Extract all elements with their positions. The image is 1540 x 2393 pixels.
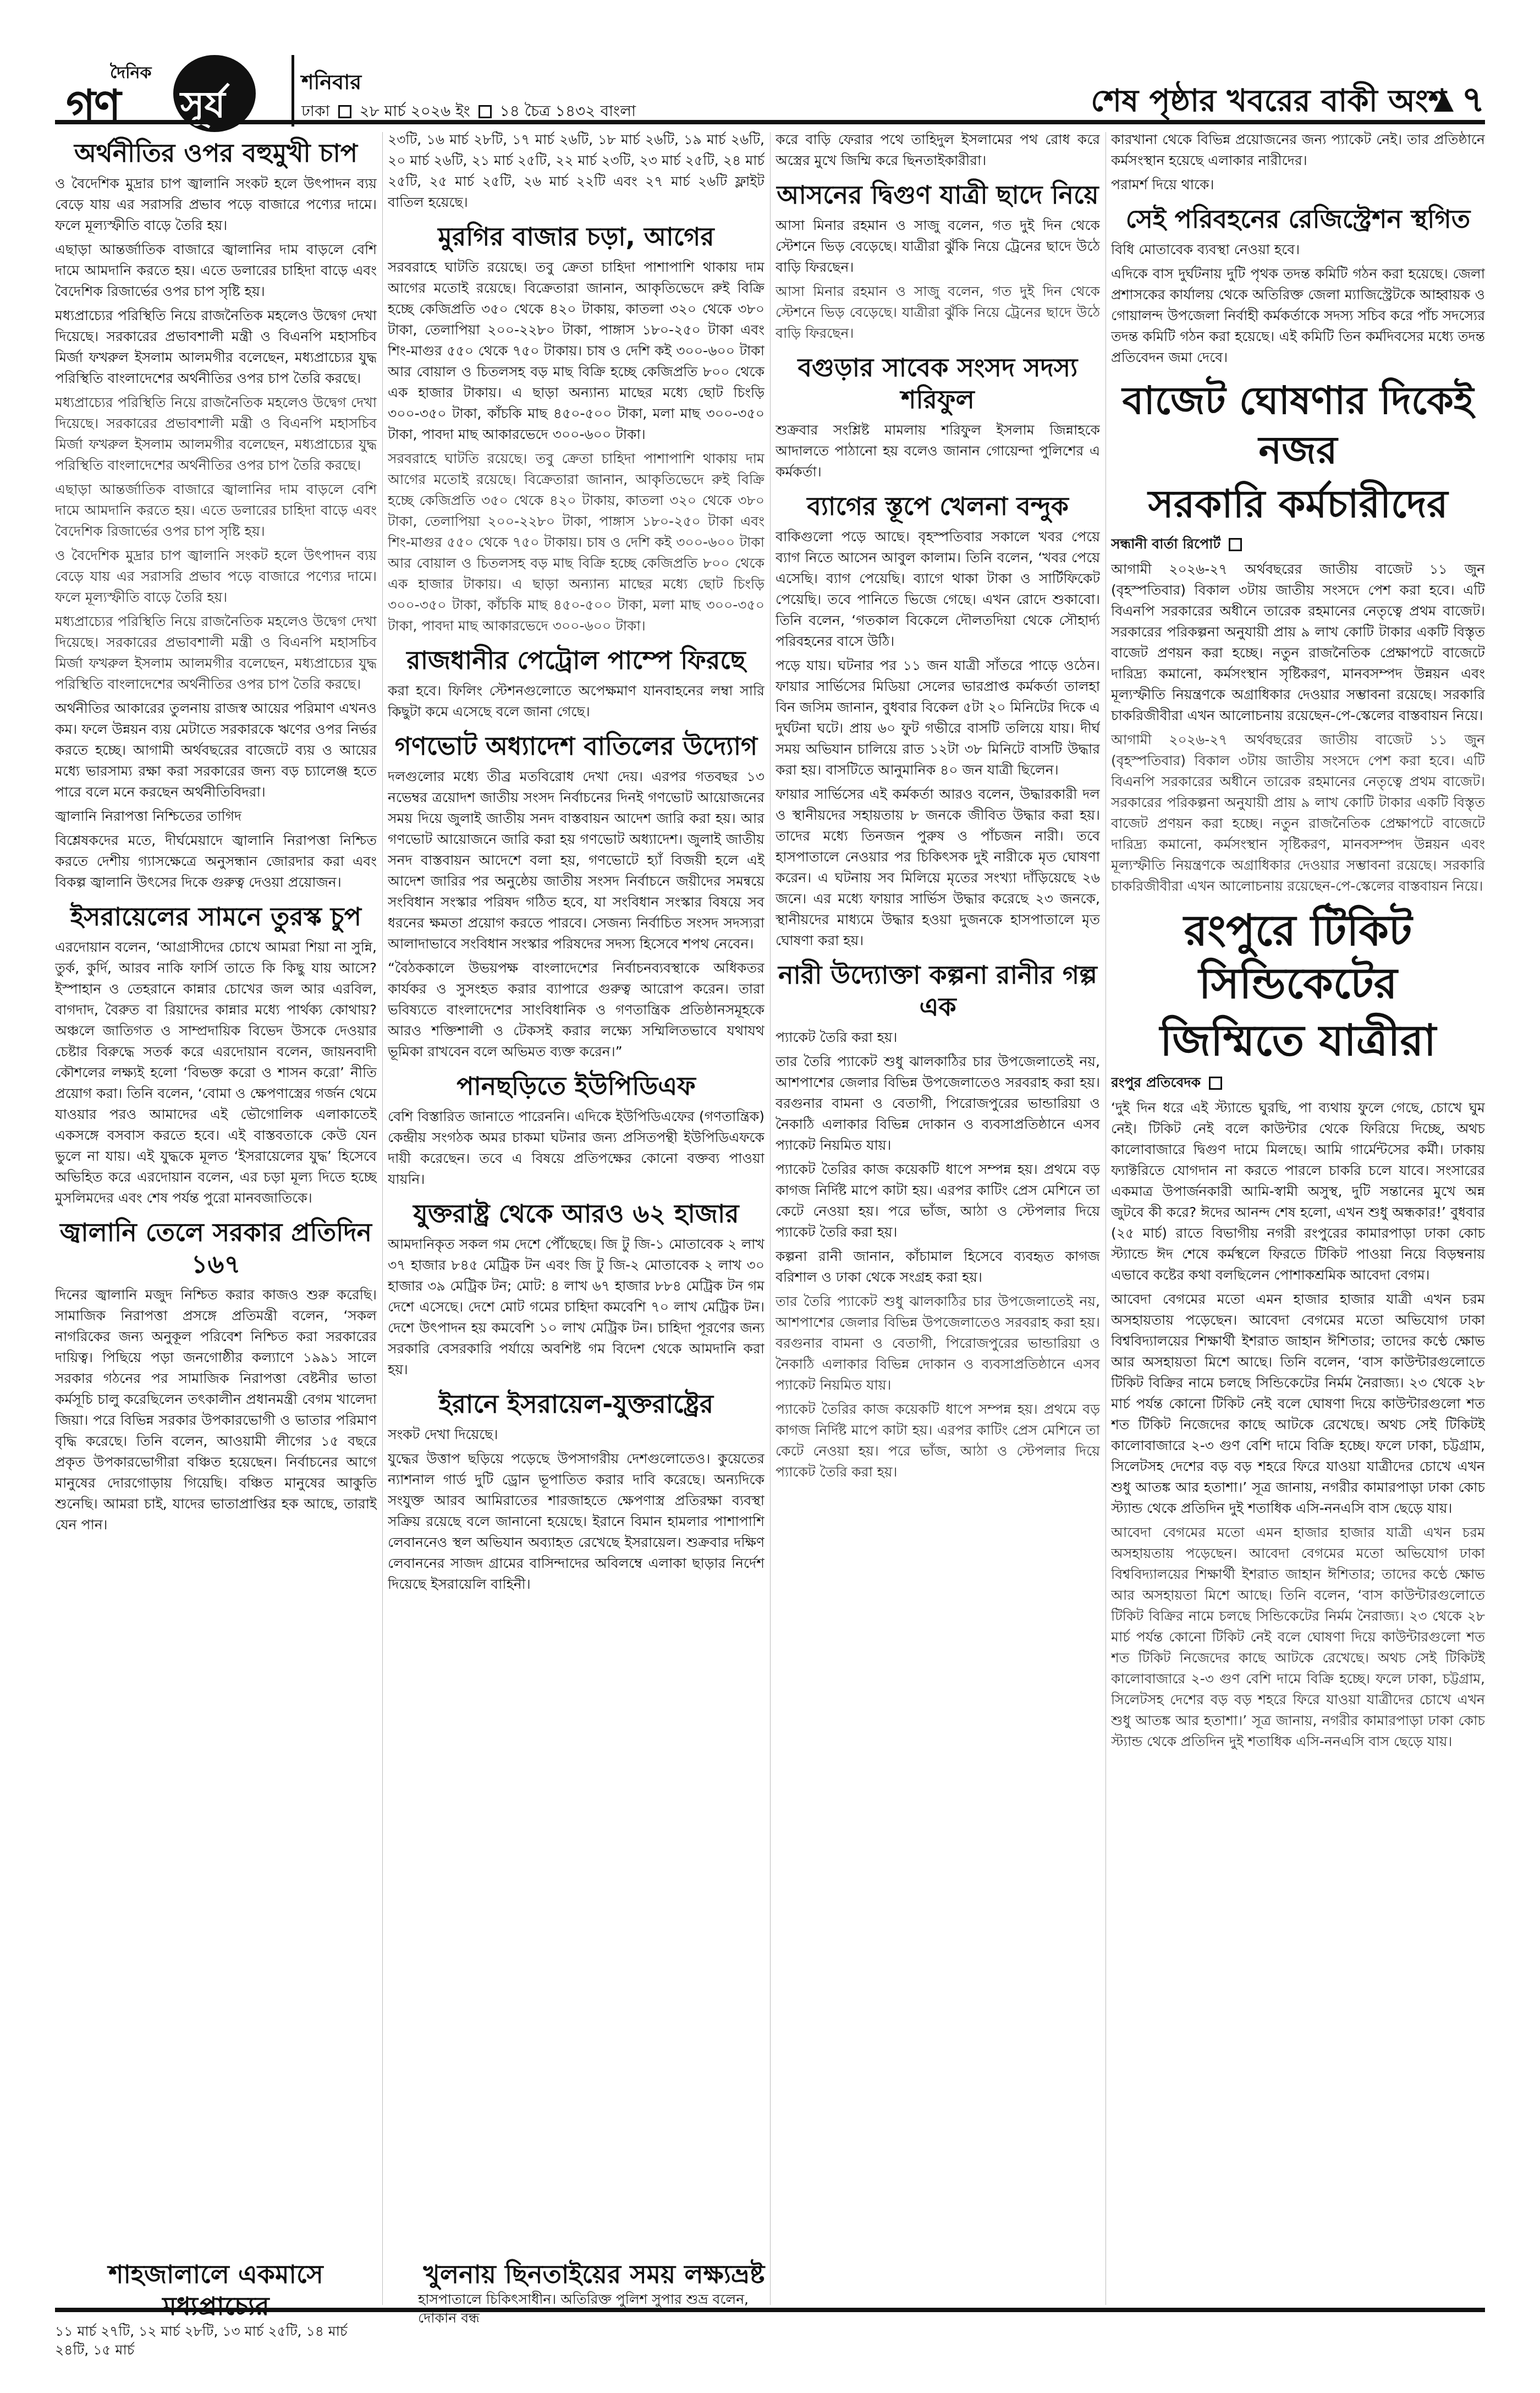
headline[interactable]: খুলনায় ছিনতাইয়ের সময় লক্ষ্যভ্রষ্ট (418, 2258, 770, 2290)
headline[interactable]: সেই পরিবহনের রেজিস্ট্রেশন স্থগিত (1111, 203, 1485, 235)
article-kalpana-rani: নারী উদ্যোক্তা কল্পনা রানীর গল্প এক প্যা… (776, 959, 1100, 1483)
paragraph: অর্থনীতির আকারের তুলনায় রাজস্ব আয়ের পর… (55, 698, 377, 803)
paragraph: প্যাকেট তৈরি করা হয়। (776, 1027, 1100, 1048)
headline[interactable]: বগুড়ার সাবেক সংসদ সদস্য শরিফুল (776, 352, 1100, 415)
headline[interactable]: জ্বালানি তেলে সরকার প্রতিদিন ১৬৭ (55, 1216, 377, 1280)
top-rule (55, 120, 1485, 124)
headline-line-2[interactable]: জিম্মিতে যাত্রীরা (1111, 1014, 1485, 1067)
paragraph: শুক্রবার সংশ্লিষ্ট মামলায় শরিফুল ইসলাম … (776, 420, 1100, 482)
paragraph: বাকিগুলো পড়ে আছে। বৃহস্পতিবার সকালে খবর… (776, 526, 1100, 652)
article-us-wheat: যুক্তরাষ্ট্র থেকে আরও ৬২ হাজার আমদানিকৃত… (388, 1198, 765, 1380)
headline[interactable]: ব্যাগের স্তূপে খেলনা বন্দুক (776, 490, 1100, 522)
paragraph: তার তৈরি প্যাকেট শুধু ঝালকাঠির চার উপজেল… (776, 1051, 1100, 1156)
article-petrol-pump: রাজধানীর পেট্রোল পাম্পে ফিরছে করা হবে। ফ… (388, 644, 765, 722)
paragraph: আসা মিনার রহমান ও সাজু বলেন, গত দুই দিন … (776, 215, 1100, 278)
masthead-divider (291, 55, 294, 127)
byline-text: রংপুর প্রতিবেদক (1111, 1074, 1201, 1090)
paragraph: যুদ্ধের উত্তাপ ছড়িয়ে পড়েছে উপসাগরীয় … (388, 1448, 765, 1595)
article-fuel-subsidy: জ্বালানি তেলে সরকার প্রতিদিন ১৬৭ দিনের জ… (55, 1216, 377, 1535)
paragraph: কারখানা থেকে বিভিন্ন প্রয়োজনের জন্য প্য… (1111, 129, 1485, 171)
article-updf: পানছড়িতে ইউপিডিএফ বেশি বিস্তারিত জানাতে… (388, 1070, 765, 1190)
column-divider (382, 132, 383, 2305)
paragraph: ফায়ার সার্ভিসের এই কর্মকর্তা আরও বলেন, … (776, 784, 1100, 951)
paragraph: আসা মিনার রহমান ও সাজু বলেন, গত দুই দিন … (776, 281, 1100, 344)
headline[interactable]: শাহজালালে একমাসে মধ্যপ্রাচ্যের (55, 2258, 377, 2322)
headline[interactable]: অর্থনীতির ওপর বহুমুখী চাপ (55, 137, 377, 169)
page-number-text: ৭ (1461, 78, 1485, 120)
paragraph: কল্পনা রানী জানান, কাঁচামাল হিসেবে ব্যবহ… (776, 1246, 1100, 1288)
headline[interactable]: আসনের দ্বিগুণ যাত্রী ছাদে নিয়ে (776, 179, 1100, 211)
day-name: শনিবার (301, 66, 361, 101)
triangle-icon (1434, 92, 1454, 112)
logo-main-right: সূর্য (180, 77, 226, 138)
article-registration-suspended: সেই পরিবহনের রেজিস্ট্রেশন স্থগিত বিধি মো… (1111, 203, 1485, 368)
paragraph: মধ্যপ্রাচ্যের পরিস্থিতি নিয়ে রাজনৈতিক ম… (55, 611, 377, 695)
paragraph: আগামী ২০২৬-২৭ অর্থবছরের জাতীয় বাজেট ১১ … (1111, 559, 1485, 726)
date-bangla: ১৪ চৈত্র ১৪৩২ বাংলা (500, 102, 636, 120)
square-bullet-icon (1229, 538, 1242, 551)
article-economy: অর্থনীতির ওপর বহুমুখী চাপ ও বৈদেশিক মুদ্… (55, 137, 377, 893)
paragraph: পড়ে যায়। ঘটনার পর ১১ জন যাত্রী সাঁতরে … (776, 655, 1100, 781)
byline: রংপুর প্রতিবেদক (1111, 1072, 1485, 1095)
paragraph: সরবরাহে ঘাটতি রয়েছে। তবু ক্রেতা চাহিদা … (388, 448, 765, 636)
article-budget: বাজেট ঘোষণার দিকেই নজর সরকারি কর্মচারীদে… (1111, 376, 1485, 897)
bottom-rule (55, 2308, 1485, 2312)
headline[interactable]: রাজধানীর পেট্রোল পাম্পে ফিরছে (388, 644, 765, 676)
article-toy-gun: ব্যাগের স্তূপে খেলনা বন্দুক বাকিগুলো পড়… (776, 490, 1100, 951)
paragraph: আবেদা বেগমের মতো এমন হাজার হাজার যাত্রী … (1111, 1289, 1485, 1519)
subheading: জ্বালানি নিরাপত্তা নিশ্চিতের তাগিদ (55, 806, 377, 827)
headline[interactable]: ইরানে ইসরায়েল-যুক্তরাষ্ট্রের (388, 1388, 765, 1420)
paragraph: ১১ মার্চ ২৭টি, ১২ মার্চ ২৮টি, ১৩ মার্চ ২… (55, 2322, 377, 2359)
column-divider (770, 132, 771, 2305)
paragraph: তার তৈরি প্যাকেট শুধু ঝালকাঠির চার উপজেল… (776, 1291, 1100, 1396)
column-divider (1105, 132, 1106, 2305)
paragraph: দিনের জ্বালানি মজুদ নিশ্চিত করার কাজও শু… (55, 1285, 377, 1535)
paragraph: আগামী ২০২৬-২৭ অর্থবছরের জাতীয় বাজেট ১১ … (1111, 729, 1485, 897)
paragraph: দলগুলোর মধ্যে তীব্র মতবিরোধ দেখা দেয়। এ… (388, 766, 765, 954)
headline[interactable]: ইসরায়েলের সামনে তুরস্ক চুপ (55, 901, 377, 932)
paragraph: মধ্যপ্রাচ্যের পরিস্থিতি নিয়ে রাজনৈতিক ম… (55, 305, 377, 389)
paragraph: করে বাড়ি ফেরার পথে তাহিদুল ইসলামের পথ র… (776, 129, 1100, 171)
column-1: অর্থনীতির ওপর বহুমুখী চাপ ও বৈদেশিক মুদ্… (55, 129, 377, 2305)
headline[interactable]: পানছড়িতে ইউপিডিএফ (388, 1070, 765, 1102)
article-train-roof: আসনের দ্বিগুণ যাত্রী ছাদে নিয়ে আসা মিনা… (776, 179, 1100, 344)
article-rangpur-ticket: রংপুরে টিকিট সিন্ডিকেটের জিম্মিতে যাত্রী… (1111, 904, 1485, 1752)
square-bullet-icon (1209, 1077, 1222, 1090)
paragraph: ও বৈদেশিক মুদ্রার চাপ জ্বালানি সংকট হলে … (55, 173, 377, 236)
paragraph: প্যাকেট তৈরির কাজ কয়েকটি ধাপে সম্পন্ন হ… (776, 1159, 1100, 1243)
paragraph: সরবরাহে ঘাটতি রয়েছে। তবু ক্রেতা চাহিদা … (388, 257, 765, 445)
paragraph: এরদোয়ান বলেন, ‘আগ্রাসীদের চোখে আমরা শিয… (55, 937, 377, 1209)
column-2: ২৩টি, ১৬ মার্চ ২৮টি, ১৭ মার্চ ২৬টি, ১৮ ম… (388, 129, 765, 2305)
headline-line-2[interactable]: সরকারি কর্মচারীদের (1111, 479, 1485, 529)
paragraph: বিশ্লেষকদের মতে, দীর্ঘমেয়াদে জ্বালানি ন… (55, 830, 377, 893)
article-referendum: গণভোট অধ্যাদেশ বাতিলের উদ্যোগ দলগুলোর মধ… (388, 730, 765, 1062)
headline[interactable]: মুরগির বাজার চড়া, আগের (388, 221, 765, 253)
paragraph: আমদানিকৃত সকল গম দেশে পৌঁছেছে। জি টু জি-… (388, 1234, 765, 1380)
paragraph: ‘দুই দিন ধরে এই স্ট্যান্ডে ঘুরছি, পা ব্য… (1111, 1097, 1485, 1286)
paragraph: মধ্যপ্রাচ্যের পরিস্থিতি নিয়ে রাজনৈতিক ম… (55, 392, 377, 476)
quote-paragraph: “বৈঠককালে উভয়পক্ষ বাংলাদেশের নির্বাচনব্… (388, 958, 765, 1062)
paragraph: এদিকে বাস দুর্ঘটনায় দুটি পৃথক তদন্ত কমি… (1111, 264, 1485, 368)
paragraph: বেশি বিস্তারিত জানাতে পারেননি। এদিকে ইউপ… (388, 1106, 765, 1190)
square-bullet-icon (479, 105, 492, 118)
date-gregorian: ২৮ মার্চ ২০২৬ ইং (359, 102, 470, 120)
headline[interactable]: যুক্তরাষ্ট্র থেকে আরও ৬২ হাজার (388, 1198, 765, 1230)
article-chicken-market: মুরগির বাজার চড়া, আগের সরবরাহে ঘাটতি রয… (388, 221, 765, 636)
paragraph: এছাড়া আন্তর্জাতিক বাজারে জ্বালানির দাম … (55, 239, 377, 302)
date-city: ঢাকা (301, 102, 330, 120)
paragraph: আবেদা বেগমের মতো এমন হাজার হাজার যাত্রী … (1111, 1522, 1485, 1752)
article-bogura-mp: বগুড়ার সাবেক সংসদ সদস্য শরিফুল শুক্রবার… (776, 352, 1100, 482)
page-label-text: শেষ পৃষ্ঠার খবরের বাকী অংশ (1091, 83, 1447, 119)
paragraph: পরামর্শ দিয়ে থাকে। (1111, 174, 1485, 195)
column-4: কারখানা থেকে বিভিন্ন প্রয়োজনের জন্য প্য… (1111, 129, 1485, 2305)
column-3: করে বাড়ি ফেরার পথে তাহিদুল ইসলামের পথ র… (776, 129, 1100, 2305)
headline-line-1[interactable]: বাজেট ঘোষণার দিকেই নজর (1111, 376, 1485, 475)
headline[interactable]: নারী উদ্যোক্তা কল্পনা রানীর গল্প এক (776, 959, 1100, 1023)
paragraph: করা হবে। ফিলিং স্টেশনগুলোতে অপেক্ষমাণ যা… (388, 680, 765, 722)
article-israel-turkey: ইসরায়েলের সামনে তুরস্ক চুপ এরদোয়ান বলে… (55, 901, 377, 1209)
square-bullet-icon (338, 105, 351, 118)
article-khulna: খুলনায় ছিনতাইয়ের সময় লক্ষ্যভ্রষ্ট হাস… (418, 2258, 770, 2328)
article-iran: ইরানে ইসরায়েল-যুক্তরাষ্ট্রের সংকট দেখা … (388, 1388, 765, 1595)
paragraph: প্যাকেট তৈরির কাজ কয়েকটি ধাপে সম্পন্ন হ… (776, 1399, 1100, 1483)
paragraph: এছাড়া আন্তর্জাতিক বাজারে জ্বালানির দাম … (55, 479, 377, 542)
paragraph: ২৩টি, ১৬ মার্চ ২৮টি, ১৭ মার্চ ২৬টি, ১৮ ম… (388, 129, 765, 213)
byline-text: সন্ধানী বার্তা রিপোর্ট (1111, 536, 1220, 552)
paragraph: সংকট দেখা দিয়েছে। (388, 1424, 765, 1445)
paragraph: ও বৈদেশিক মুদ্রার চাপ জ্বালানি সংকট হলে … (55, 545, 377, 608)
byline: সন্ধানী বার্তা রিপোর্ট (1111, 533, 1485, 557)
headline-line-1[interactable]: রংপুরে টিকিট সিন্ডিকেটের (1111, 904, 1485, 1010)
paragraph: বিধি মোতাবেক ব্যবস্থা নেওয়া হবে। (1111, 239, 1485, 260)
headline[interactable]: গণভোট অধ্যাদেশ বাতিলের উদ্যোগ (388, 730, 765, 762)
